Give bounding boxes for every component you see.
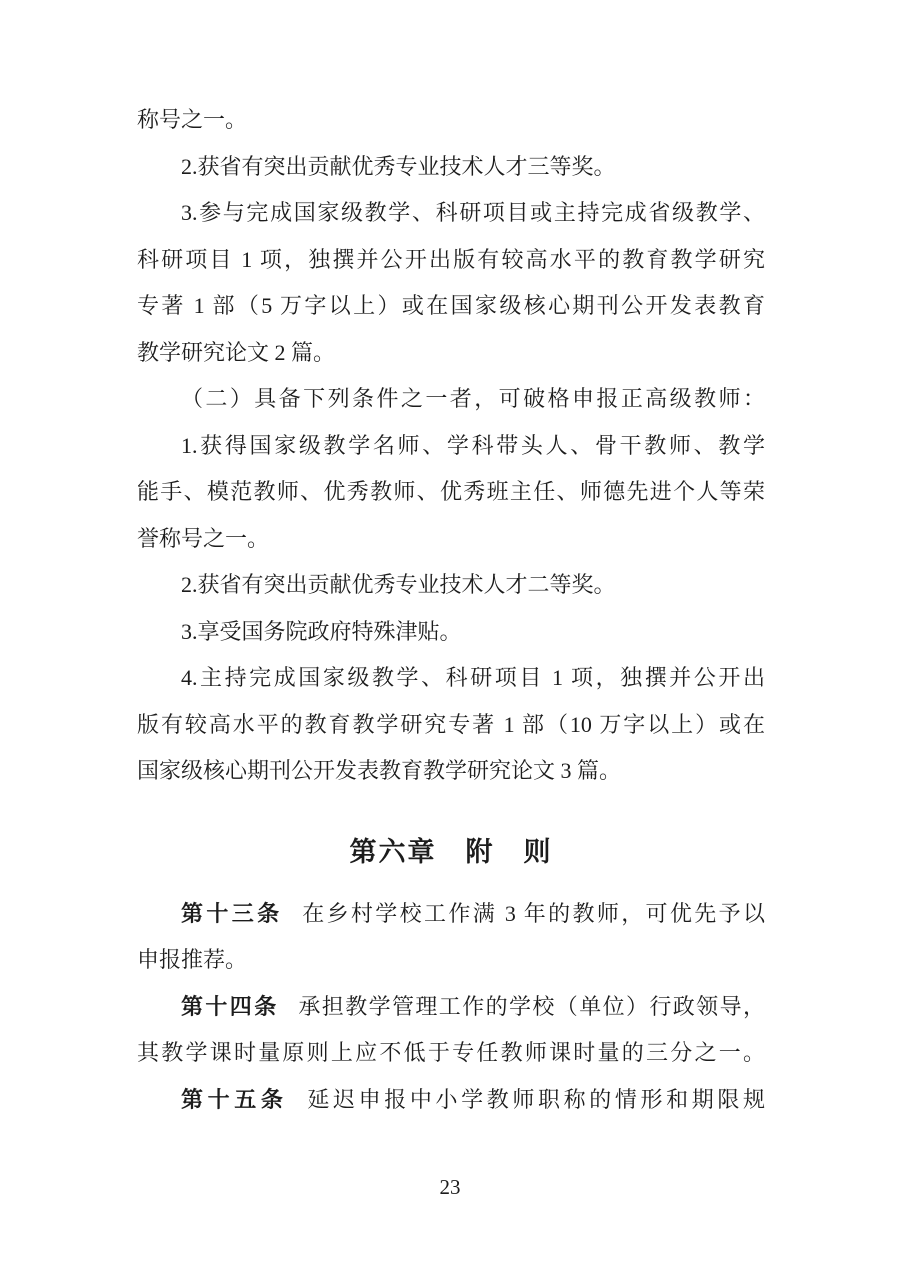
page-content: 称号之一。2.获省有突出贡献优秀专业技术人才三等奖。3.参与完成国家级教学、科研…	[137, 97, 765, 1123]
text-line: 誉称号之一。	[137, 516, 765, 563]
article-number: 第十三条	[181, 901, 282, 926]
text-line: 教学研究论文 2 篇。	[137, 330, 765, 377]
text-line: 其教学课时量原则上应不低于专任教师课时量的三分之一。	[137, 1030, 765, 1077]
text-line: 第十三条在乡村学校工作满 3 年的教师，可优先予以	[137, 891, 765, 938]
article-number: 第十四条	[181, 994, 279, 1019]
articles-text-block: 第十三条在乡村学校工作满 3 年的教师，可优先予以申报推荐。第十四条承担教学管理…	[137, 891, 765, 1124]
text-line: 2.获省有突出贡献优秀专业技术人才二等奖。	[137, 562, 765, 609]
article-text: 承担教学管理工作的学校（单位）行政领导，	[298, 994, 765, 1019]
body-text-block: 称号之一。2.获省有突出贡献优秀专业技术人才三等奖。3.参与完成国家级教学、科研…	[137, 97, 765, 795]
article-text: 延迟申报中小学教师职称的情形和期限规	[307, 1087, 765, 1112]
text-line: 专著 1 部（5 万字以上）或在国家级核心期刊公开发表教育	[137, 283, 765, 330]
document-page: 称号之一。2.获省有突出贡献优秀专业技术人才三等奖。3.参与完成国家级教学、科研…	[0, 0, 900, 1273]
text-line: 3.享受国务院政府特殊津贴。	[137, 609, 765, 656]
text-line: 版有较高水平的教育教学研究专著 1 部（10 万字以上）或在	[137, 702, 765, 749]
text-line: 2.获省有突出贡献优秀专业技术人才三等奖。	[137, 144, 765, 191]
text-line: 3.参与完成国家级教学、科研项目或主持完成省级教学、	[137, 190, 765, 237]
text-line: 第十四条承担教学管理工作的学校（单位）行政领导，	[137, 984, 765, 1031]
text-line: 称号之一。	[137, 97, 765, 144]
text-line: 国家级核心期刊公开发表教育教学研究论文 3 篇。	[137, 748, 765, 795]
text-line: 能手、模范教师、优秀教师、优秀班主任、师德先进个人等荣	[137, 469, 765, 516]
text-line: 第十五条延迟申报中小学教师职称的情形和期限规	[137, 1077, 765, 1124]
text-line: 申报推荐。	[137, 937, 765, 984]
text-line: 1.获得国家级教学名师、学科带头人、骨干教师、教学	[137, 423, 765, 470]
article-text: 在乡村学校工作满 3 年的教师，可优先予以	[302, 901, 765, 926]
article-number: 第十五条	[181, 1087, 288, 1112]
text-line: 科研项目 1 项，独撰并公开出版有较高水平的教育教学研究	[137, 237, 765, 284]
text-line: 4.主持完成国家级教学、科研项目 1 项，独撰并公开出	[137, 655, 765, 702]
page-number: 23	[0, 1175, 900, 1200]
chapter-heading: 第六章 附 则	[137, 829, 765, 875]
text-line: （二）具备下列条件之一者，可破格申报正高级教师：	[137, 376, 765, 423]
